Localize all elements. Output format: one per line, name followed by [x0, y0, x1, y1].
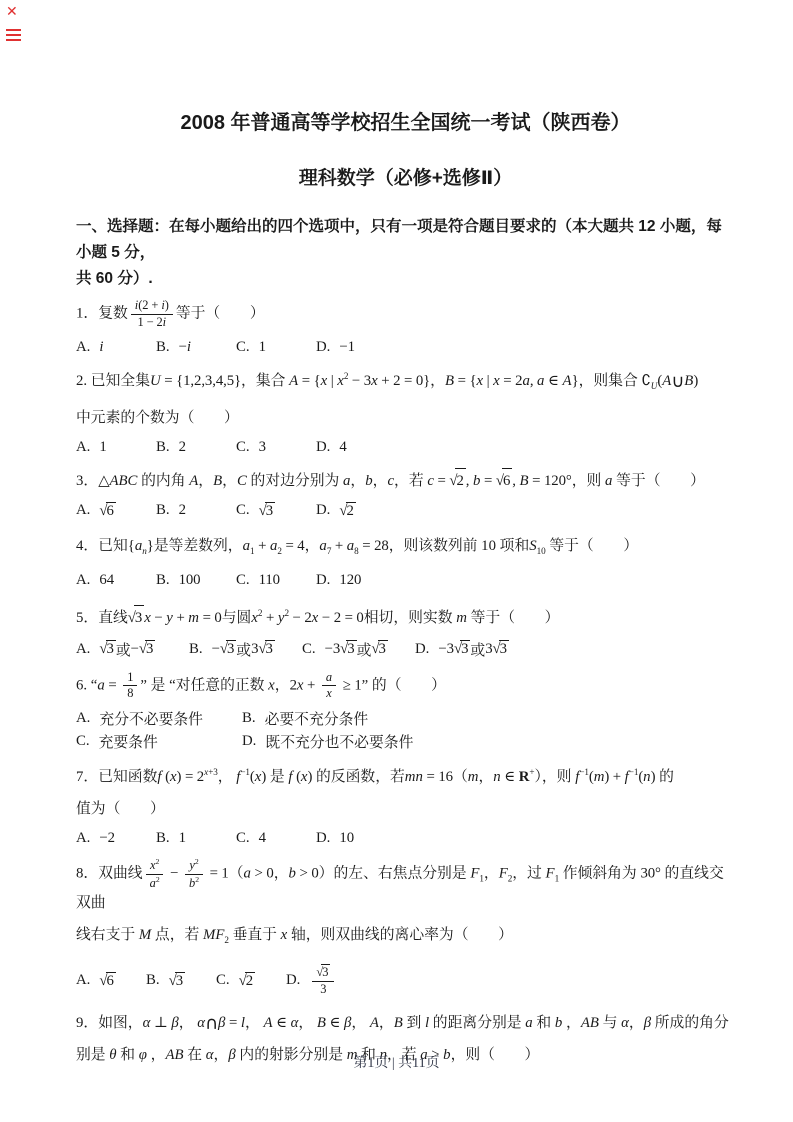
- option-label: C.: [236, 502, 250, 519]
- radical: √6: [99, 972, 115, 990]
- options-row: A.−2B.1C.4D.10: [76, 830, 735, 847]
- question-line: 9．如图，α ⊥ β， α∩β = l， A ∈ α， B ∈ β， A，B 到…: [76, 1011, 735, 1035]
- question-line: 8．双曲线x2a2 − y2b2 = 1（a > 0，b > 0）的左、右焦点分…: [76, 857, 735, 915]
- option-label: D.: [316, 502, 330, 519]
- questions-list: 1．复数i(2 + i)1 − 2i等于（ ）A.iB.−iC.1D.−12. …: [76, 298, 735, 1067]
- option-label: D.: [242, 733, 256, 750]
- fraction: ax: [322, 670, 336, 702]
- options-row: A.1B.2C.3D.4: [76, 439, 735, 456]
- option-label: A.: [76, 641, 90, 658]
- radical: √2: [339, 502, 355, 520]
- option-B: B.2: [156, 502, 236, 519]
- option-A: A.i: [76, 339, 156, 356]
- options-row: A.√6B.√3C.√2D.√33: [76, 964, 735, 997]
- option-D: D.−3√3或3√3: [415, 639, 528, 660]
- options-row: A.充分不必要条件B.必要不充分条件: [76, 708, 735, 729]
- fraction: 18: [123, 670, 137, 702]
- question-line: 3．△ABC 的内角 A，B，C 的对边分别为 a，b，c，若 c = √2, …: [76, 468, 735, 493]
- option-label: D.: [316, 572, 330, 589]
- option-label: C.: [216, 972, 230, 989]
- option-B: B.100: [156, 572, 236, 589]
- option-label: C.: [236, 339, 250, 356]
- option-label: D.: [316, 830, 330, 847]
- option-label: A.: [76, 830, 90, 847]
- question-5: 5．直线√3x − y + m = 0与圆x2 + y2 − 2x − 2 = …: [76, 601, 735, 660]
- viewer-icons: ✕: [6, 5, 21, 44]
- option-D: D.既不充分也不必要条件: [242, 731, 413, 752]
- option-D: D.4: [316, 439, 396, 456]
- option-B: B.2: [156, 439, 236, 456]
- close-icon[interactable]: ✕: [6, 5, 21, 19]
- option-D: D.120: [316, 572, 396, 589]
- options-row: A.√3或−√3B.−√3或3√3C.−3√3或√3D.−3√3或3√3: [76, 639, 735, 660]
- radical: √3: [128, 610, 144, 626]
- options-row: A.iB.−iC.1D.−1: [76, 339, 735, 356]
- question-7: 7．已知函数f (x) = 2x+3， f−1(x) 是 f (x) 的反函数，…: [76, 760, 735, 847]
- option-A: A.√6: [76, 972, 146, 990]
- option-A: A.1: [76, 439, 156, 456]
- options-row: A.64B.100C.110D.120: [76, 572, 735, 589]
- radical: √3: [316, 965, 330, 979]
- menu-icon[interactable]: [6, 29, 21, 41]
- section-line-1: 一、选择题：在每小题给出的四个选项中，只有一项是符合题目要求的（本大题共 12 …: [76, 218, 722, 261]
- question-line: 7．已知函数f (x) = 2x+3， f−1(x) 是 f (x) 的反函数，…: [76, 760, 735, 789]
- option-label: B.: [156, 439, 170, 456]
- option-label: D.: [286, 972, 300, 989]
- radical: √3: [371, 640, 387, 658]
- option-B: B.√3: [146, 972, 216, 990]
- question-4: 4．已知{an}是等差数列，a1 + a2 = 4，a7 + a8 = 28，则…: [76, 534, 735, 589]
- radical: √3: [99, 640, 115, 658]
- fraction: √33: [312, 964, 334, 997]
- option-label: A.: [76, 439, 90, 456]
- options-row: A.√6B.2C.√3D.√2: [76, 502, 735, 520]
- radical: √3: [493, 640, 509, 658]
- menu-bar: [6, 39, 21, 41]
- option-label: B.: [146, 972, 160, 989]
- section-line-2: 共 60 分）.: [76, 270, 153, 287]
- radical: √6: [496, 473, 512, 489]
- option-label: A.: [76, 972, 90, 989]
- option-A: A.√6: [76, 502, 156, 520]
- option-label: C.: [302, 641, 316, 658]
- radical: √3: [169, 972, 185, 990]
- question-2: 2. 已知全集U = {1,2,3,4,5}，集合 A = {x | x2 − …: [76, 364, 735, 456]
- page-subtitle: 理科数学（必修+选修Ⅱ）: [76, 163, 735, 190]
- option-label: A.: [76, 572, 90, 589]
- question-1: 1．复数i(2 + i)1 − 2i等于（ ）A.iB.−iC.1D.−1: [76, 298, 735, 356]
- option-D: D.10: [316, 830, 396, 847]
- option-C: C.√3: [236, 502, 316, 520]
- option-B: B.−√3或3√3: [189, 639, 302, 660]
- option-A: A.64: [76, 572, 156, 589]
- option-label: A.: [76, 710, 90, 727]
- option-A: A.√3或−√3: [76, 639, 189, 660]
- option-label: A.: [76, 502, 90, 519]
- document-content: 2008 年普通高等学校招生全国统一考试（陕西卷） 理科数学（必修+选修Ⅱ） 一…: [0, 0, 793, 1067]
- menu-bar: [6, 34, 21, 36]
- option-label: D.: [316, 339, 330, 356]
- question-3: 3．△ABC 的内角 A，B，C 的对边分别为 a，b，c，若 c = √2, …: [76, 468, 735, 520]
- option-label: B.: [242, 710, 256, 727]
- radical: √3: [454, 640, 470, 658]
- option-label: B.: [156, 339, 170, 356]
- option-C: C.√2: [216, 972, 286, 990]
- option-label: B.: [156, 572, 170, 589]
- option-A: A.−2: [76, 830, 156, 847]
- question-line: 5．直线√3x − y + m = 0与圆x2 + y2 − 2x − 2 = …: [76, 601, 735, 630]
- question-line: 6. “a = 18” 是 “对任意的正数 x，2x + ax ≥ 1” 的（ …: [76, 670, 735, 702]
- fraction: i(2 + i)1 − 2i: [131, 298, 173, 330]
- option-D: D.√2: [316, 502, 396, 520]
- question-6: 6. “a = 18” 是 “对任意的正数 x，2x + ax ≥ 1” 的（ …: [76, 670, 735, 752]
- radical: √3: [259, 502, 275, 520]
- radical: √3: [340, 640, 356, 658]
- option-B: B.必要不充分条件: [242, 708, 408, 729]
- question-line: 1．复数i(2 + i)1 − 2i等于（ ）: [76, 298, 735, 330]
- option-A: A.充分不必要条件: [76, 708, 242, 729]
- fraction: y2b2: [185, 857, 203, 891]
- option-D: D.−1: [316, 339, 396, 356]
- option-label: D.: [316, 439, 330, 456]
- option-label: B.: [189, 641, 203, 658]
- option-C: C.3: [236, 439, 316, 456]
- section-instructions: 一、选择题：在每小题给出的四个选项中，只有一项是符合题目要求的（本大题共 12 …: [76, 214, 735, 292]
- option-label: A.: [76, 339, 90, 356]
- radical: √3: [220, 640, 236, 658]
- question-line: 值为（ ）: [76, 797, 735, 821]
- option-label: C.: [76, 733, 90, 750]
- option-C: C.−3√3或√3: [302, 639, 415, 660]
- question-line: 4．已知{an}是等差数列，a1 + a2 = 4，a7 + a8 = 28，则…: [76, 534, 735, 563]
- question-line: 线右支于 M 点，若 MF2 垂直于 x 轴，则双曲线的离心率为（ ）: [76, 923, 735, 952]
- radical: √2: [239, 972, 255, 990]
- option-C: C.充要条件: [76, 731, 242, 752]
- question-line: 2. 已知全集U = {1,2,3,4,5}，集合 A = {x | x2 − …: [76, 364, 735, 398]
- radical: √3: [139, 640, 155, 658]
- option-label: C.: [236, 439, 250, 456]
- option-label: B.: [156, 502, 170, 519]
- option-B: B.1: [156, 830, 236, 847]
- menu-bar: [6, 29, 21, 31]
- exam-page: ✕ 2008 年普通高等学校招生全国统一考试（陕西卷） 理科数学（必修+选修Ⅱ）…: [0, 0, 793, 1122]
- page-footer: 第1页 | 共11页: [0, 1052, 793, 1072]
- question-8: 8．双曲线x2a2 − y2b2 = 1（a > 0，b > 0）的左、右焦点分…: [76, 857, 735, 997]
- option-B: B.−i: [156, 339, 236, 356]
- option-label: C.: [236, 572, 250, 589]
- option-label: B.: [156, 830, 170, 847]
- option-label: C.: [236, 830, 250, 847]
- option-C: C.1: [236, 339, 316, 356]
- page-title: 2008 年普通高等学校招生全国统一考试（陕西卷）: [76, 0, 735, 135]
- options-row: C.充要条件D.既不充分也不必要条件: [76, 731, 735, 752]
- option-C: C.110: [236, 572, 316, 589]
- radical: √2: [449, 473, 465, 489]
- question-line: 中元素的个数为（ ）: [76, 406, 735, 430]
- fraction: x2a2: [146, 857, 164, 891]
- option-label: D.: [415, 641, 429, 658]
- radical: √3: [258, 640, 274, 658]
- option-D: D.√33: [286, 964, 356, 997]
- radical: √6: [99, 502, 115, 520]
- option-C: C.4: [236, 830, 316, 847]
